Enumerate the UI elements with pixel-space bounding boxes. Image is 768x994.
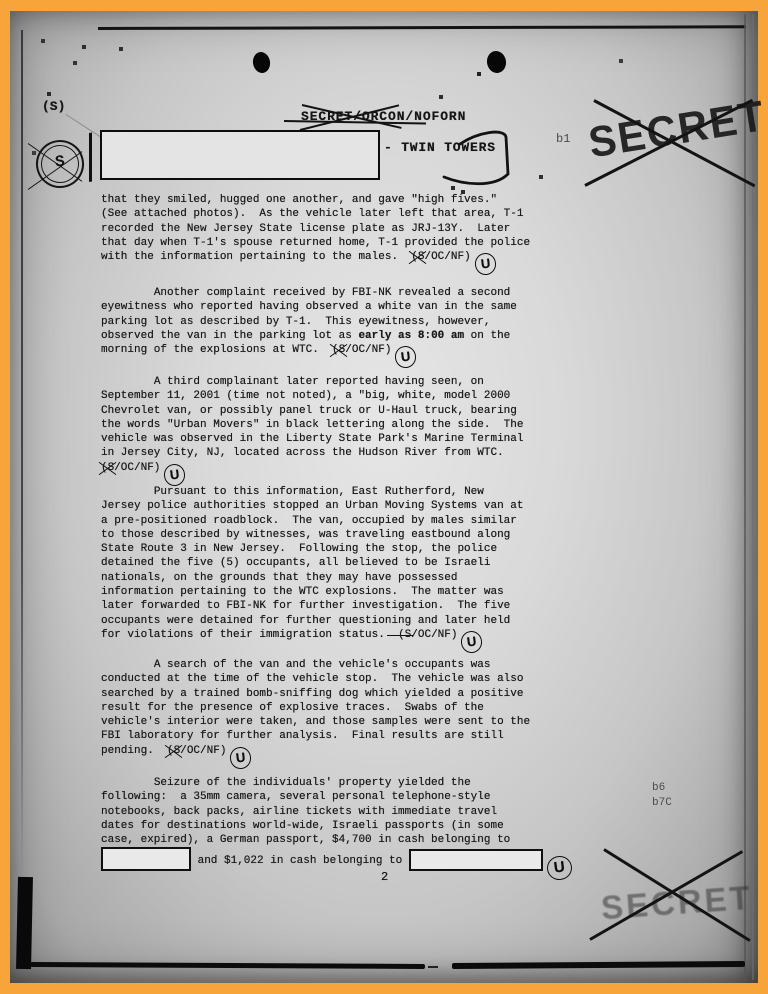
scan-bottom-edge-dash <box>428 966 438 968</box>
classification-marking: (S/OC/NF) <box>167 745 226 757</box>
declassified-u-annotation: U <box>545 855 573 882</box>
classification-caveats: /OC/NF) <box>114 462 160 474</box>
redaction-box-name-2 <box>409 849 543 871</box>
paragraph-4: Pursuant to this information, East Ruthe… <box>101 485 561 653</box>
scan-noise-speckles <box>0 0 2 2</box>
struck-classification-s: (S <box>398 628 411 642</box>
struck-classification-s: (S <box>167 744 180 758</box>
classification-caveats: /OC/NF) <box>345 344 391 356</box>
declassified-u-annotation: U <box>460 630 484 654</box>
scan-right-edge-line-2 <box>752 14 754 980</box>
paragraph-2: Another complaint received by FBI-NK rev… <box>101 286 561 368</box>
classification-marking: (S/OC/NF) <box>398 629 457 641</box>
paragraph-5-text: A search of the van and the vehicle's oc… <box>101 659 530 757</box>
classification-marking: (S/OC/NF) <box>101 462 160 474</box>
scan-bottom-left-blotch <box>16 877 33 969</box>
paragraph-6: Seizure of the individuals' property yie… <box>101 776 581 880</box>
declassified-u-annotation: U <box>163 463 187 487</box>
struck-classification-s: (S <box>101 461 114 475</box>
redaction-box-header <box>100 130 380 180</box>
classification-caveats: /OC/NF) <box>424 251 470 263</box>
declassified-u-annotation: U <box>394 345 418 369</box>
paragraph-5: A search of the van and the vehicle's oc… <box>101 658 561 769</box>
struck-classification-s: (S <box>332 343 345 357</box>
exemption-code-b1: b1 <box>556 132 570 146</box>
declassified-u-annotation: U <box>473 252 497 276</box>
paragraph-6-text-mid: and $1,022 in cash belonging to <box>191 855 409 867</box>
handwritten-s-annotation: S <box>33 136 87 192</box>
classification-caveats: /OC/NF) <box>411 629 457 641</box>
scan-right-edge-line <box>744 14 746 980</box>
declassified-u-annotation: U <box>229 746 253 770</box>
handwritten-bracket-icon <box>438 124 534 196</box>
paragraph-1: that they smiled, hugged one another, an… <box>101 193 561 275</box>
redaction-box-name-1 <box>101 847 191 871</box>
margin-classification-typed-s: (S) <box>42 99 65 114</box>
paragraph-3-text: A third complainant later reported havin… <box>101 376 523 459</box>
emphasized-time-text: early as 8:00 am <box>358 330 464 342</box>
classification-marking: (S/OC/NF) <box>411 251 470 263</box>
paragraph-3: A third complainant later reported havin… <box>101 375 561 486</box>
scan-left-edge-line <box>21 30 23 878</box>
page-number: 2 <box>381 870 388 884</box>
paragraph-6-text: Seizure of the individuals' property yie… <box>101 777 510 846</box>
classification-marking: (S/OC/NF) <box>332 344 391 356</box>
classification-caveats: /OC/NF) <box>180 745 226 757</box>
exemption-code-b6: b6 <box>652 782 665 794</box>
struck-classification-s: (S <box>411 250 424 264</box>
paragraph-4-text: Pursuant to this information, East Ruthe… <box>101 486 523 641</box>
exemption-code-b7c: b7C <box>652 797 672 809</box>
